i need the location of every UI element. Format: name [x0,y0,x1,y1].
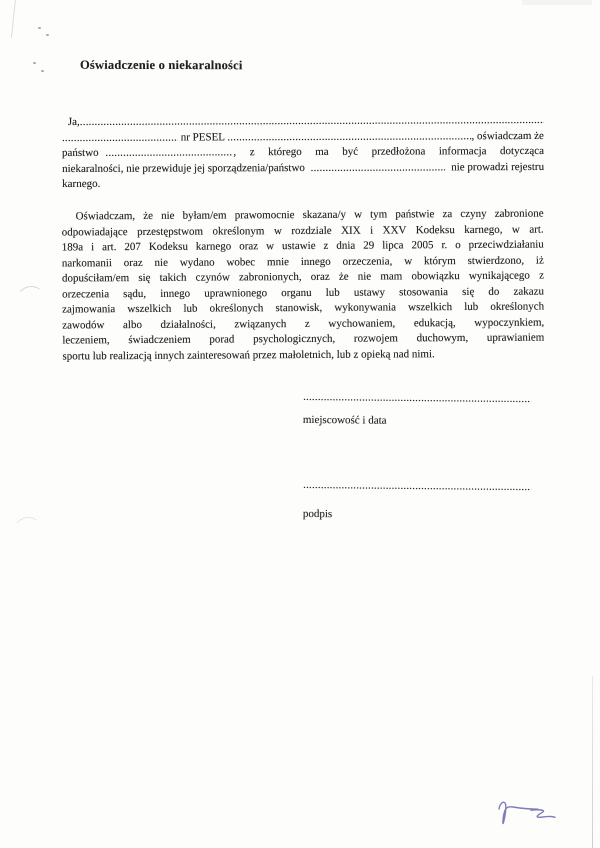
scan-speck-artifact [46,34,49,36]
signature-block: ........................................… [303,479,531,522]
dotted-blank: ........................................… [311,160,446,176]
text-segment: państwo [62,146,101,162]
text-segment: , oświadczam że [472,128,544,144]
scan-edge-artifact [11,0,16,38]
dotted-blank: ........................................… [227,129,471,146]
text-line: sportu lub realizacją innych zainteresow… [62,346,544,364]
scanned-document-page: Oświadczenie o niekaralności Ja, .......… [0,0,600,848]
paragraph-intro: Ja, ....................................… [62,113,544,193]
text-segment: , z którego ma być przedłożona informacj… [233,144,544,161]
signature-line: ........................................… [303,479,531,496]
paragraph-declaration: Oświadczam, że nie byłam/em prawomocnie … [62,207,545,365]
text-segment: niekaralności, nie przewiduje jej sporzą… [62,160,308,177]
scan-arc-artifact [12,515,43,545]
signature-label: podpis [303,508,531,522]
place-date-block: ........................................… [303,391,531,428]
handwritten-signature-mark [486,795,572,837]
text-segment: nr PESEL [178,130,227,146]
dotted-blank: ........................................… [303,391,531,408]
place-date-label: miejscowość i data [303,414,531,428]
text-line: leczeniem, świadczeniem porad psychologi… [62,331,544,349]
scan-arc-artifact [15,284,46,314]
text-segment: nie prowadzi rejestru [448,159,544,175]
text-line: karnego. [62,175,544,193]
dotted-blank: ........................................… [105,145,233,161]
scan-smudge-artifact [522,0,592,5]
text-line: niekaralności, nie przewiduje jej sporzą… [62,159,544,177]
place-date-line: ........................................… [303,391,531,408]
scan-edge-artifact [592,676,593,848]
scan-speck-artifact [38,27,41,29]
dotted-blank: ........................................… [303,479,531,496]
scan-speck-artifact [41,70,44,72]
document-title: Oświadczenie o niekaralności [80,58,243,73]
text-segment: Ja, [62,115,80,131]
dotted-blank: ........................................… [62,130,178,146]
scan-speck-artifact [33,62,36,64]
